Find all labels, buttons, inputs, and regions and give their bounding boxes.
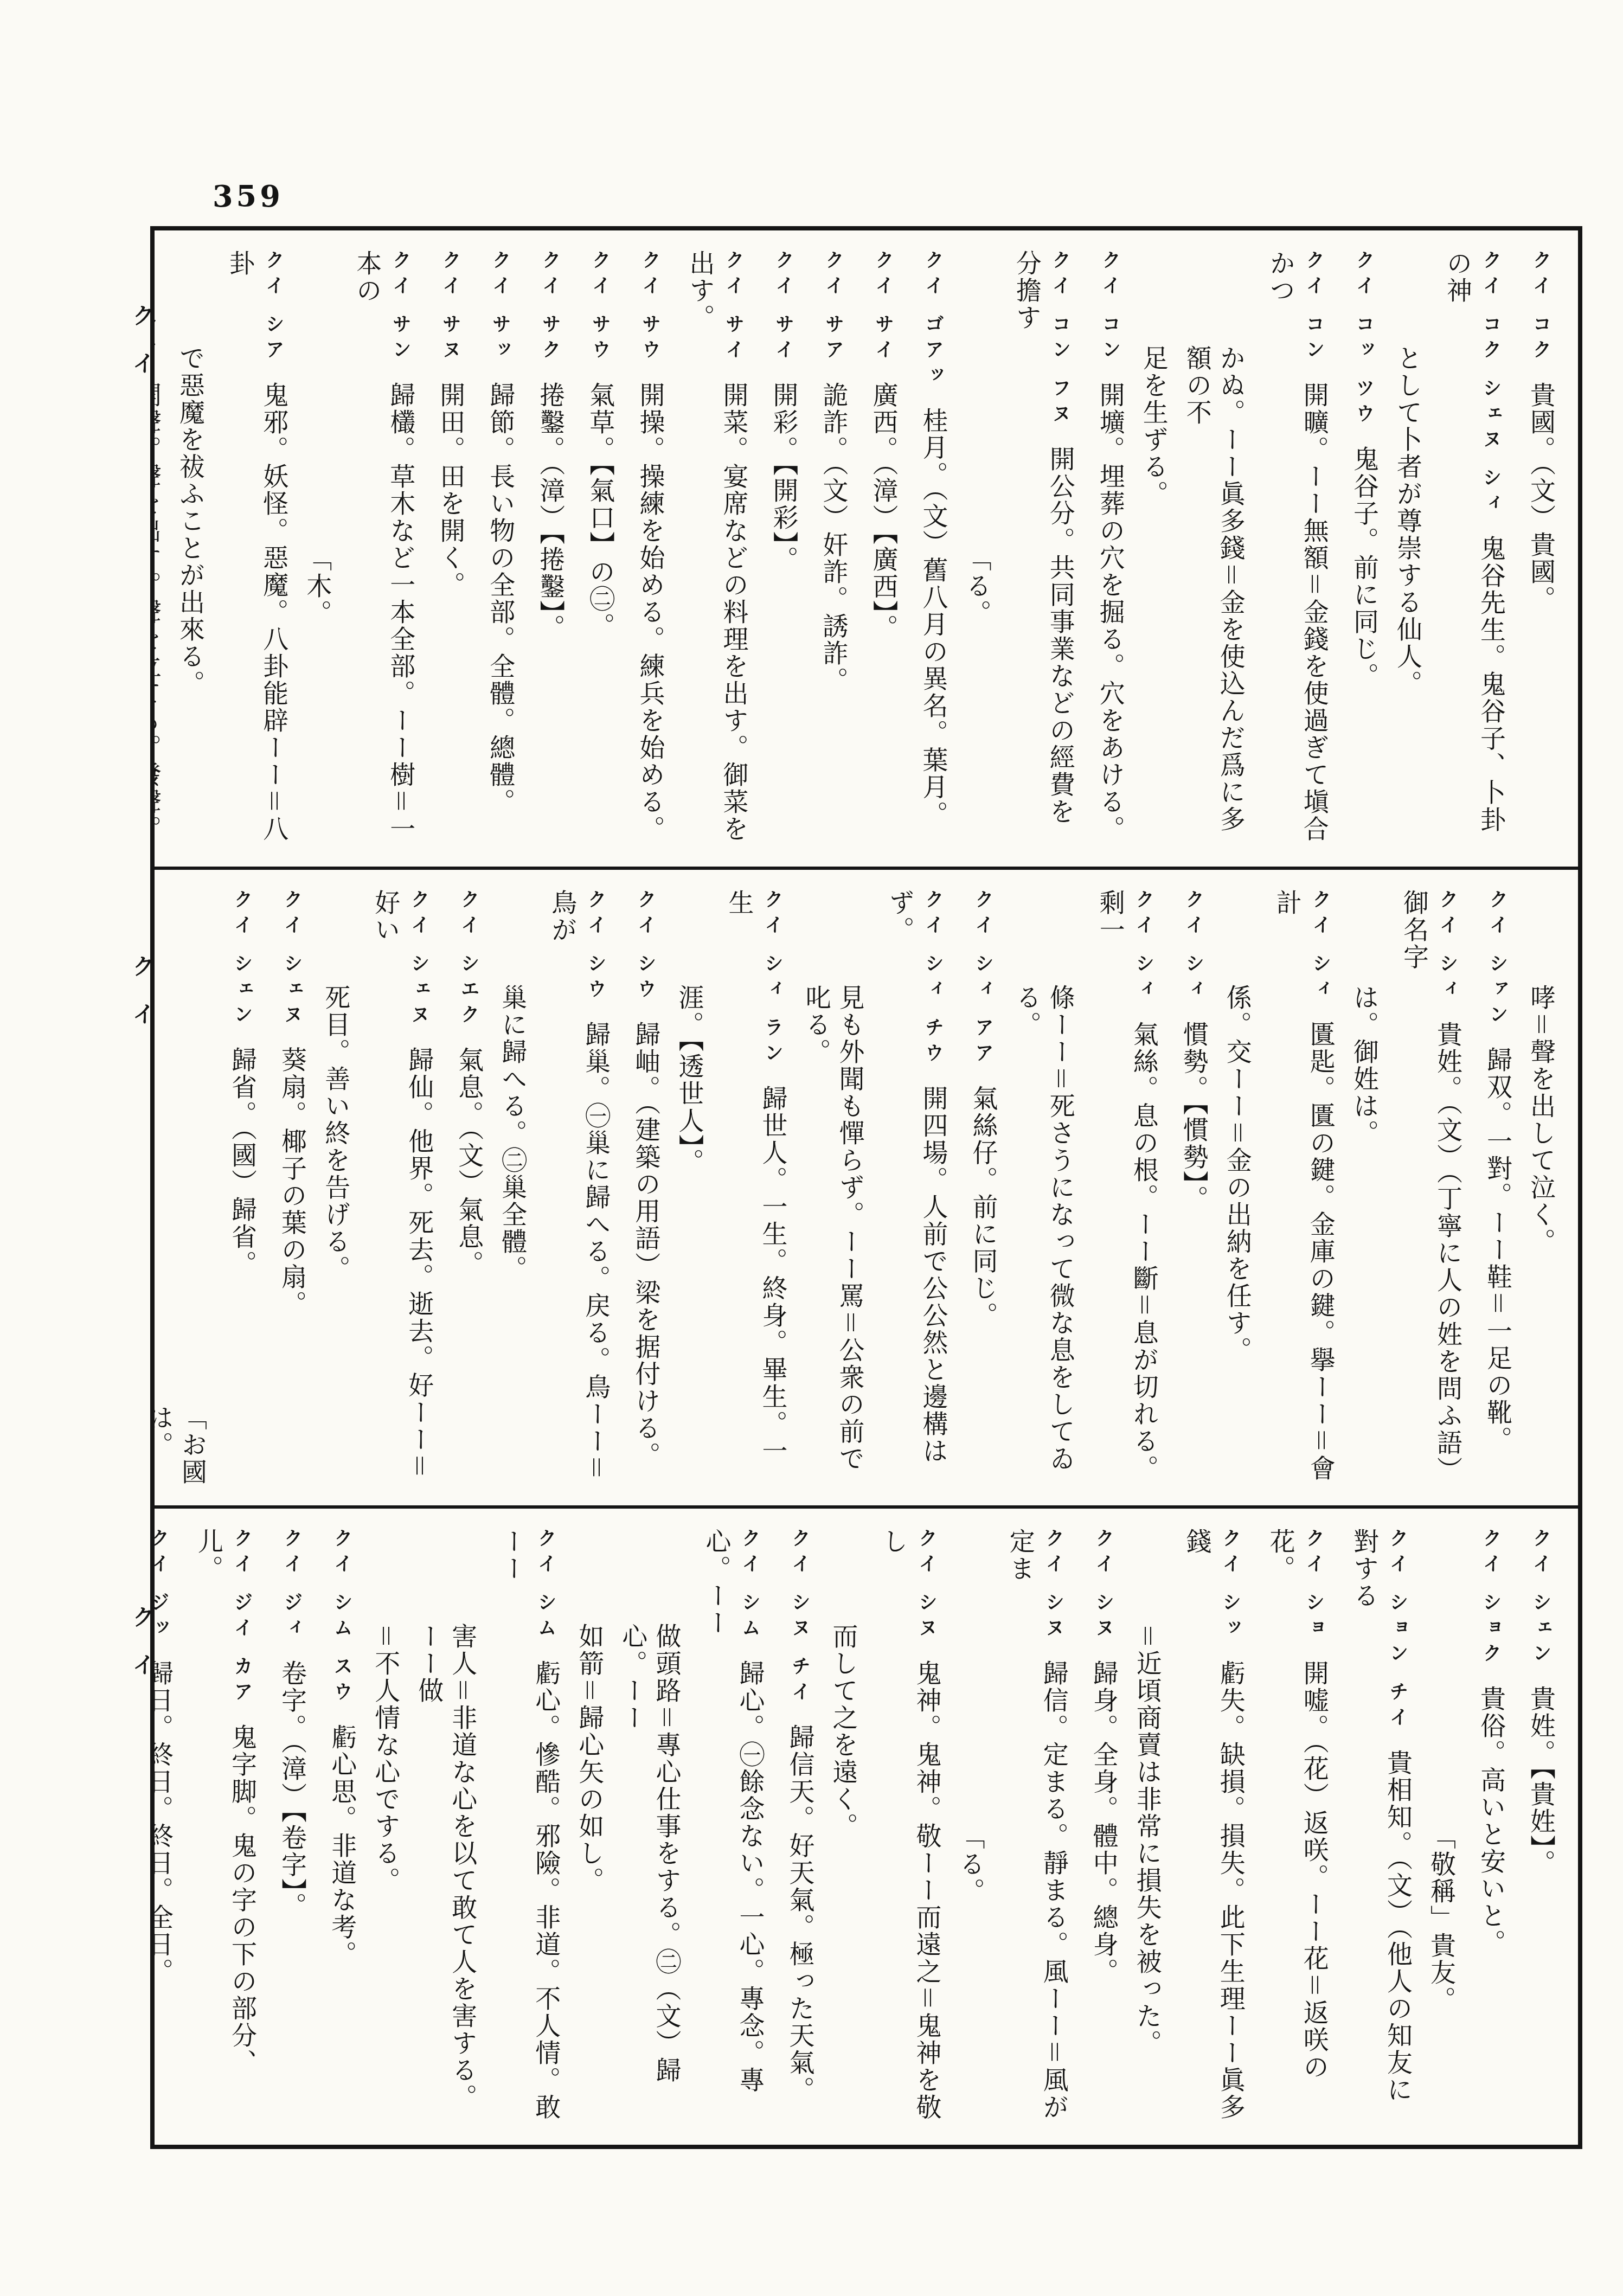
entry-reading: クイ シィ — [1183, 889, 1205, 1004]
entry-reading: クイ シム — [739, 1528, 761, 1643]
entry-continuation-column: 「る。 — [953, 1528, 987, 2125]
entry-reading: クイ ジッ — [155, 1528, 170, 1643]
entry-text: 足を生ずる。 — [1139, 345, 1169, 508]
entry-column: クイ シィ チウ開四場。人前で公公然と邊構はず。 — [883, 889, 950, 1486]
entry-column: クイ コッ ツウ鬼谷子。前に同じ。 — [1347, 250, 1381, 847]
entry-text: 開田。田を開く。 — [435, 381, 465, 598]
entry-text: 害人＝非道な心を以て敢て人を害する。ーー做 — [414, 1623, 477, 2111]
entry-reading: クイ サウ — [639, 250, 661, 365]
entry-continuation-column: 「敬稱」貴友。 — [1424, 1528, 1458, 2125]
entry-continuation-column: で惡魔を祓ふことが出來る。 — [173, 250, 207, 847]
entry-continuation-column: 「木。 — [300, 250, 333, 847]
entry-column: クイ シッ虧失。缺損。損失。此下生理ーー眞多錢 — [1180, 1528, 1247, 2125]
entry-column: クイ シム歸心。㊀餘念ない。一心。專念。專心。ーー — [699, 1528, 766, 2125]
entry-column: クイ サア詭詐。（文）奸詐。誘詐。 — [816, 250, 850, 847]
entry-reading: クイ シェン — [231, 889, 253, 1030]
entry-text: 詭詐。（文）奸詐。誘詐。 — [819, 381, 849, 694]
entry-reading: クイ サイ — [772, 250, 794, 365]
entry-text: 死目。善い終を告げる。 — [320, 984, 350, 1282]
entry-continuation-column: 而して之を遠く。 — [826, 1528, 859, 2125]
entry-text: 氣絲仔。前に同じ。 — [968, 1085, 998, 1329]
entry-continuation-column: 死目。善い終を告げる。 — [318, 889, 352, 1486]
entry-continuation-column: 哮＝聲を出して泣く。 — [1524, 889, 1557, 1486]
entry-column: クイ サイ開菜。宴席などの料理を出す。御菜を出す。 — [683, 250, 750, 847]
entry-text: 歸双。一對。ーー鞋＝一足の靴。 — [1483, 1046, 1512, 1453]
entry-column: クイ ジッ歸日。終日。終日。全日。 — [155, 1528, 175, 2125]
entry-text: 貴俗。高いと安いと。 — [1476, 1685, 1506, 1957]
entry-reading: クイ サイ — [722, 250, 745, 365]
entry-column: クイ シア開聲。聲を出す。聲を立てる。發聲。ーー — [155, 250, 163, 847]
entry-text: 係。交ーー＝金の出納を任す。 — [1222, 984, 1252, 1364]
entry-reading: クイ シァン — [1486, 889, 1509, 1030]
entry-continuation-column: 係。交ーー＝金の出納を任す。 — [1220, 889, 1254, 1486]
entry-text: 鬼谷子。前に同じ。 — [1349, 445, 1379, 689]
entry-reading: クイ シィ アア — [972, 889, 995, 1068]
entry-column: クイ サク捲鑿。（漳）【捲鑿】。 — [533, 250, 567, 847]
entry-text: 桂月。（文）舊八月の異名。葉月。 — [919, 407, 948, 828]
entry-column: クイ シエク氣息。（文）氣息。 — [452, 889, 485, 1486]
entry-reading: クイ シィ — [1310, 889, 1332, 1004]
entry-column: クイ コン フヌ開公分。共同事業などの經費を分擔す — [1010, 250, 1077, 847]
entry-text: 氣息。（文）氣息。 — [454, 1046, 484, 1278]
entry-reading: クイ シム — [535, 1528, 557, 1643]
entry-column: クイ サウ氣草。【氣口】の㊁。 — [583, 250, 617, 847]
entry-column: クイ シィ貴姓。（文）（丁寧に人の姓を問ふ語）御名字 — [1397, 889, 1464, 1486]
entry-reading: クイ シウ — [585, 889, 607, 1004]
entry-continuation-column: として卜者が尊崇する仙人。 — [1390, 250, 1424, 847]
entry-reading: クイ シェン — [1530, 1528, 1552, 1669]
entry-reading: クイ シィ — [1133, 889, 1155, 1004]
entry-column: クイ サイ廣西。（漳）【廣西】。 — [867, 250, 900, 847]
entry-reading: クイ シア — [262, 250, 285, 365]
entry-text: 「る。 — [962, 546, 992, 627]
entry-column: クイ シム虧心。慘酷。邪險。非道。不人情。敢ーー — [495, 1528, 562, 2125]
entry-text: 歸信天。好天氣。極った天氣。 — [785, 1724, 814, 2103]
entry-column: クイ シェン貴姓。【貴姓】。 — [1524, 1528, 1557, 2125]
entry-column: クイ ジィ卷字。（漳）【卷字】。 — [275, 1528, 309, 2125]
entry-text: 開壙。埋葬の穴を掘る。穴をあける。 — [1095, 381, 1125, 842]
entry-column: クイ サヌ開田。田を開く。 — [433, 250, 467, 847]
page-number: 359 — [213, 179, 284, 214]
entry-continuation-column: 「る。 — [960, 250, 993, 847]
content-frame: クイ コク貴國。（文）貴國。クイ コク シェヌ シィ鬼谷先生。鬼谷子、卜卦の神と… — [150, 226, 1582, 2149]
entry-reading: クイ シア — [155, 250, 158, 365]
entry-text: 貴姓。【貴姓】。 — [1526, 1685, 1556, 1877]
entry-continuation-column: かぬ。ーー眞多錢＝金を使込んだ爲に多額の不 — [1180, 250, 1247, 847]
entry-reading: クイ シェヌ — [408, 889, 430, 1030]
entry-reading: クイ コク — [1530, 250, 1552, 365]
entry-text: 氣草。【氣口】の㊁。 — [585, 381, 615, 640]
entry-continuation-column: 如箭＝歸心矢の如し。 — [572, 1528, 606, 2125]
entry-text: 歸省。（國）歸省。 — [227, 1046, 257, 1278]
entry-reading: クイ シヌ — [1043, 1528, 1065, 1643]
entry-column: クイ シィ アア氣絲仔。前に同じ。 — [966, 889, 1000, 1486]
entry-continuation-column: 做頭路＝專心仕事をする。㊁（文）歸心。ーー — [615, 1528, 683, 2125]
entry-column: クイ シァン歸双。一對。ーー鞋＝一足の靴。 — [1480, 889, 1514, 1486]
entry-reading: クイ シウ — [634, 889, 657, 1004]
entry-column: クイ コク シェヌ シィ鬼谷先生。鬼谷子、卜卦の神 — [1440, 250, 1507, 847]
entry-text: 歸身。全身。體中。總身。 — [1089, 1660, 1119, 1985]
entry-column: クイ シム スウ虧心思。非道な考。 — [325, 1528, 358, 2125]
entry-text: 巢に歸へる。㊁巢全體。 — [497, 984, 527, 1282]
entry-reading: クイ ション チイ — [1387, 1528, 1409, 1733]
entry-column: クイ シヌ チイ歸信天。好天氣。極った天氣。 — [782, 1528, 816, 2125]
entry-reading: クイ シッ — [1220, 1528, 1242, 1643]
entry-reading: クイ ジイ カア — [231, 1528, 253, 1707]
entry-reading: クイ ショ — [1303, 1528, 1325, 1643]
entry-reading: クイ シィ — [1436, 889, 1459, 1004]
entry-column: クイ シヌ歸身。全身。體中。總身。 — [1087, 1528, 1120, 2125]
entry-text: は。御姓は。 — [1349, 984, 1379, 1147]
entry-reading: クイ サッ — [489, 250, 511, 365]
entry-column: クイ ジイ カア鬼字脚。鬼の字の下の部分、儿。 — [191, 1528, 259, 2125]
entry-text: 虧心思。非道な考。 — [327, 1724, 357, 1968]
entry-text: 貴國。（文）貴國。 — [1526, 381, 1556, 613]
entry-column: クイ シェヌ葵扇。椰子の葉の扇。 — [275, 889, 309, 1486]
entry-text: 見も外聞も憚らず。ーー罵＝公衆の前で叱る。 — [801, 984, 864, 1472]
entry-reading: クイ シェヌ — [281, 889, 303, 1030]
entry-reading: クイ シヌ チイ — [788, 1528, 811, 1707]
entry-text: 「る。 — [955, 1824, 985, 1905]
entry-text: で惡魔を祓ふことが出來る。 — [175, 345, 205, 697]
entry-text: 「木。 — [302, 546, 332, 627]
entry-column: クイ シィ匱匙。匱の鍵。金庫の鍵。擧ーー＝會計 — [1270, 889, 1337, 1486]
entry-reading: クイ コン — [1303, 250, 1325, 365]
entry-reading: クイ シィ チウ — [922, 889, 945, 1068]
entry-column: クイ コク貴國。（文）貴國。 — [1524, 250, 1557, 847]
entry-text: 而して之を遠く。 — [829, 1623, 858, 1840]
entry-continuation-column: ＝近頃商賣は非常に損失を被った。 — [1130, 1528, 1164, 2125]
entry-column: クイ ショク貴俗。高いと安いと。 — [1474, 1528, 1507, 2125]
entry-text: 條ーー＝死さうになって微な息をしてゐる。 — [1012, 984, 1075, 1472]
entry-reading: クイ サン — [389, 250, 412, 365]
entry-text: ＝不人情な心でする。 — [370, 1623, 400, 1894]
entry-continuation-column: 「お國は。 — [155, 889, 209, 1486]
entry-column: クイ シウ歸巢。㊀巢に歸へる。戻る。鳥ーー＝鳥が — [545, 889, 612, 1486]
entry-text: 歸節。長い物の全部。全體。總體。 — [485, 381, 515, 815]
entry-column: クイ サウ開操。操練を始める。練兵を始める。 — [633, 250, 666, 847]
entry-reading: クイ ゴアッ — [922, 250, 945, 390]
entry-reading: クイ サウ — [589, 250, 611, 365]
entry-column: クイ ゴアッ桂月。（文）舊八月の異名。葉月。 — [916, 250, 950, 847]
entry-text: 「敬稱」貴友。 — [1426, 1824, 1456, 2013]
entry-reading: クイ シヌ — [916, 1528, 938, 1643]
entry-continuation-column: 巢に歸へる。㊁巢全體。 — [495, 889, 529, 1486]
entry-reading: クイ コク シェヌ シィ — [1480, 250, 1502, 519]
entry-column: クイ シェン歸省。（國）歸省。 — [225, 889, 259, 1486]
entry-text: 哮＝聲を出して泣く。 — [1526, 984, 1556, 1255]
entry-column: クイ ション チイ貴相知。（文）（他人の知友に對する — [1347, 1528, 1414, 2125]
entry-text: 「お國は。 — [155, 1404, 207, 1486]
entry-continuation-column: は。御姓は。 — [1347, 889, 1381, 1486]
entry-reading: クイ コッ ツウ — [1353, 250, 1375, 429]
entry-reading: クイ コン — [1099, 250, 1121, 365]
entry-column: クイ シヌ歸信。定まる。靜まる。風ーー＝風が定ま — [1003, 1528, 1070, 2125]
entry-text: 歸岫。（建築の用語）梁を据付ける。 — [631, 1021, 660, 1469]
entry-column: クイ ショ開嘘。（花）返咲。ーー花＝返咲の花。 — [1263, 1528, 1331, 2125]
entry-column: クイ シェヌ歸仙。他界。死去。逝去。好ーー＝好い — [368, 889, 435, 1486]
entry-reading: クイ シエク — [458, 889, 480, 1030]
entry-text: 開彩。【開彩】。 — [768, 381, 798, 573]
entry-text: 歸日。終日。終日。全日。 — [155, 1660, 174, 1985]
entry-text: 慣勢。【慣勢】。 — [1179, 1021, 1209, 1212]
entry-text: として卜者が尊崇する仙人。 — [1393, 345, 1422, 697]
entry-column: クイ シア鬼邪。妖怪。惡魔。八卦能辟ーー＝八卦 — [223, 250, 290, 847]
band-2: 哮＝聲を出して泣く。クイ シァン歸双。一對。ーー鞋＝一足の靴。クイ シィ貴姓。（… — [155, 867, 1578, 1506]
entry-reading: クイ シム スウ — [331, 1528, 353, 1707]
entry-column: クイ コン開壙。埋葬の穴を掘る。穴をあける。 — [1093, 250, 1127, 847]
entry-column: クイ シィ氣絲。息の根。ーー斷＝息が切れる。剩一 — [1093, 889, 1160, 1486]
entry-column: クイ シウ歸岫。（建築の用語）梁を据付ける。 — [628, 889, 662, 1486]
entry-column: クイ サン歸欉。草木など一本全部。ーー樹＝一本の — [350, 250, 417, 847]
entry-text: 涯。【透世人】。 — [674, 984, 704, 1176]
entry-column: クイ シヌ鬼神。鬼神。敬ーー而遠之＝鬼神を敬し — [876, 1528, 944, 2125]
entry-continuation-column: ＝不人情な心でする。 — [368, 1528, 402, 2125]
entry-text: かぬ。ーー眞多錢＝金を使込んだ爲に多額の不 — [1182, 345, 1246, 833]
entry-continuation-column: 足を生ずる。 — [1137, 250, 1170, 847]
band-1: クイ コク貴國。（文）貴國。クイ コク シェヌ シィ鬼谷先生。鬼谷子、卜卦の神と… — [155, 230, 1578, 867]
entry-text: 開操。操練を始める。練兵を始める。 — [635, 381, 665, 842]
entry-column: クイ サッ歸節。長い物の全部。全體。總體。 — [483, 250, 517, 847]
entry-text: 葵扇。椰子の葉の扇。 — [277, 1046, 307, 1317]
entry-text: 做頭路＝專心仕事をする。㊁（文）歸心。ーー — [618, 1623, 681, 2084]
entry-reading: クイ サア — [823, 250, 845, 365]
entry-continuation-column: 條ーー＝死さうになって微な息をしてゐる。 — [1010, 889, 1077, 1486]
entry-reading: クイ シィ ラン — [761, 889, 784, 1068]
entry-reading: クイ サイ — [873, 250, 895, 365]
entry-reading: クイ コン フヌ — [1049, 250, 1072, 429]
entry-column: クイ コン開曠。ーー無額＝金錢を使過ぎて塡合かつ — [1263, 250, 1331, 847]
entry-text: 卷字。（漳）【卷字】。 — [277, 1660, 307, 1920]
entry-text: 廣西。（漳）【廣西】。 — [869, 381, 899, 642]
entry-continuation-column: 涯。【透世人】。 — [672, 889, 705, 1486]
entry-continuation-column: 見も外聞も憚らず。ーー罵＝公衆の前で叱る。 — [799, 889, 866, 1486]
entry-text: ＝近頃商賣は非常に損失を被った。 — [1132, 1623, 1162, 2057]
entry-column: クイ シィ ラン歸世人。一生。終身。畢生。一生 — [722, 889, 789, 1486]
entry-reading: クイ ジィ — [281, 1528, 303, 1643]
entry-reading: クイ サヌ — [439, 250, 461, 365]
band-3: クイ シェン貴姓。【貴姓】。クイ ショク貴俗。高いと安いと。「敬稱」貴友。クイ … — [155, 1505, 1578, 2145]
entry-text: 如箭＝歸心矢の如し。 — [574, 1623, 604, 1894]
entry-reading: クイ ショク — [1480, 1528, 1502, 1669]
entry-text: 捲鑿。（漳）【捲鑿】。 — [535, 381, 565, 642]
entry-reading: クイ サク — [539, 250, 561, 365]
entry-continuation-column: 害人＝非道な心を以て敢て人を害する。ーー做 — [412, 1528, 479, 2125]
dictionary-page: 359 クイ クイ クイ クイ コク貴國。（文）貴國。クイ コク シェヌ シィ鬼… — [0, 0, 1623, 2296]
entry-column: クイ サイ開彩。【開彩】。 — [766, 250, 800, 847]
entry-reading: クイ シヌ — [1093, 1528, 1115, 1643]
entry-column: クイ シィ慣勢。【慣勢】。 — [1177, 889, 1210, 1486]
